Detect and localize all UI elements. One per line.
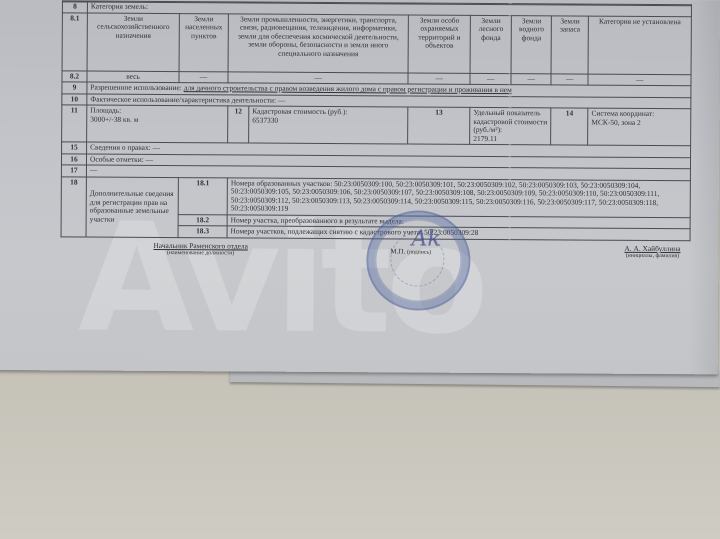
value-settlements: — [179,71,228,83]
sub-row-number: 18.3 [178,226,227,238]
official-seal [366,210,471,311]
row-number: 18 [61,177,86,237]
value-reserve: — [551,73,588,85]
page-edge-shadow [688,0,720,375]
category-water: Земли водного фонда [511,15,551,73]
rights-info-value: — [153,143,160,152]
rights-info-label: Сведения о правах: [90,143,151,152]
value-water: — [511,73,551,85]
row-number: 8.1 [62,12,87,70]
mp-label: М.П. [390,247,405,255]
row-8-1: 8.1 Земли сельскохозяйственного назначен… [62,12,691,74]
row-number: 15 [62,142,87,154]
additional-info-label: Дополнительные сведения для регистрации … [86,177,178,238]
specific-value-label: Удельный показатель кадастровой стоимост… [473,108,547,134]
category-reserve: Земли запаса [551,15,588,73]
special-notes-value: — [146,155,153,164]
actual-use-value: — [278,95,285,104]
area: Площадь:3000+/-38 кв. м [87,105,228,143]
permitted-use-value: для дачного строительства с правом возве… [184,83,512,94]
value-agricultural: весь [87,71,179,83]
formed-parcels: Номера образованных участков: 50:23:0050… [227,178,690,218]
row-number: 11 [62,105,87,142]
category-agricultural: Земли сельскохозяйственного назначения [87,13,179,72]
row-number: 16 [61,154,86,166]
position-caption: (наименование должности) [153,250,247,257]
row-number: 17 [61,165,86,177]
row-number: 12 [228,106,249,143]
desk-surface [0,370,720,539]
actual-use-label: Фактическое использование/характеристика… [90,94,276,104]
document-sheet: Avito 8 Категория земель: 8.1 Земли сель… [0,0,720,374]
coordinate-system-value: МСК-50, зона 2 [591,117,640,126]
cadastral-table: 8 Категория земель: 8.1 Земли сельскохоз… [61,0,692,241]
sub-row-number: 18.1 [178,177,227,214]
name-text: А. А. Хайбуллина [624,244,680,253]
category-forest: Земли лесного фонда [470,15,511,73]
row-number: 14 [551,108,588,145]
signatory-position: Начальник Раменского отдела (наименовани… [153,241,248,257]
category-industry: Земли промышленности, энергетики, трансп… [228,13,409,72]
row-number: 8.2 [62,70,87,82]
permitted-use-label: Разрешенное использование: [90,83,181,93]
name-caption: (инициалы, фамилия) [624,253,680,259]
row-number: 10 [62,93,87,105]
cadastral-value-amount: 6537330 [252,115,278,124]
row-number: 9 [62,82,87,94]
category-protected: Земли особо охраняемых территорий и объе… [408,15,470,73]
row-11-14: 11 Площадь:3000+/-38 кв. м 12 Кадастрова… [62,105,691,146]
seal-place: М.П. (подпись) [390,247,431,255]
coordinate-system: Система координат:МСК-50, зона 2 [588,108,691,146]
specific-value: Удельный показатель кадастровой стоимост… [470,107,551,145]
category-settlements: Земли населенных пунктов [179,13,228,71]
value-protected: — [408,73,470,85]
row-18-1: 18 Дополнительные сведения для регистрац… [61,177,690,218]
signatory-name: А. А. Хайбуллина (инициалы, фамилия) [624,244,680,259]
cadastral-value: Кадастровая стоимость (руб.):6537330 [249,106,408,144]
sub-row-number: 18.2 [178,214,227,226]
value-not-set: — [588,74,691,86]
row-number: 8 [62,1,87,13]
row-number: 13 [408,107,470,144]
category-not-set: Категория не установлена [588,16,691,75]
value-forest: — [470,73,511,85]
area-value: 3000+/-38 кв. м [90,114,138,123]
mp-caption: (подпись) [407,249,431,255]
specific-value-amount: 2179.11 [473,134,497,143]
special-notes-label: Особые отметки: [90,154,144,163]
